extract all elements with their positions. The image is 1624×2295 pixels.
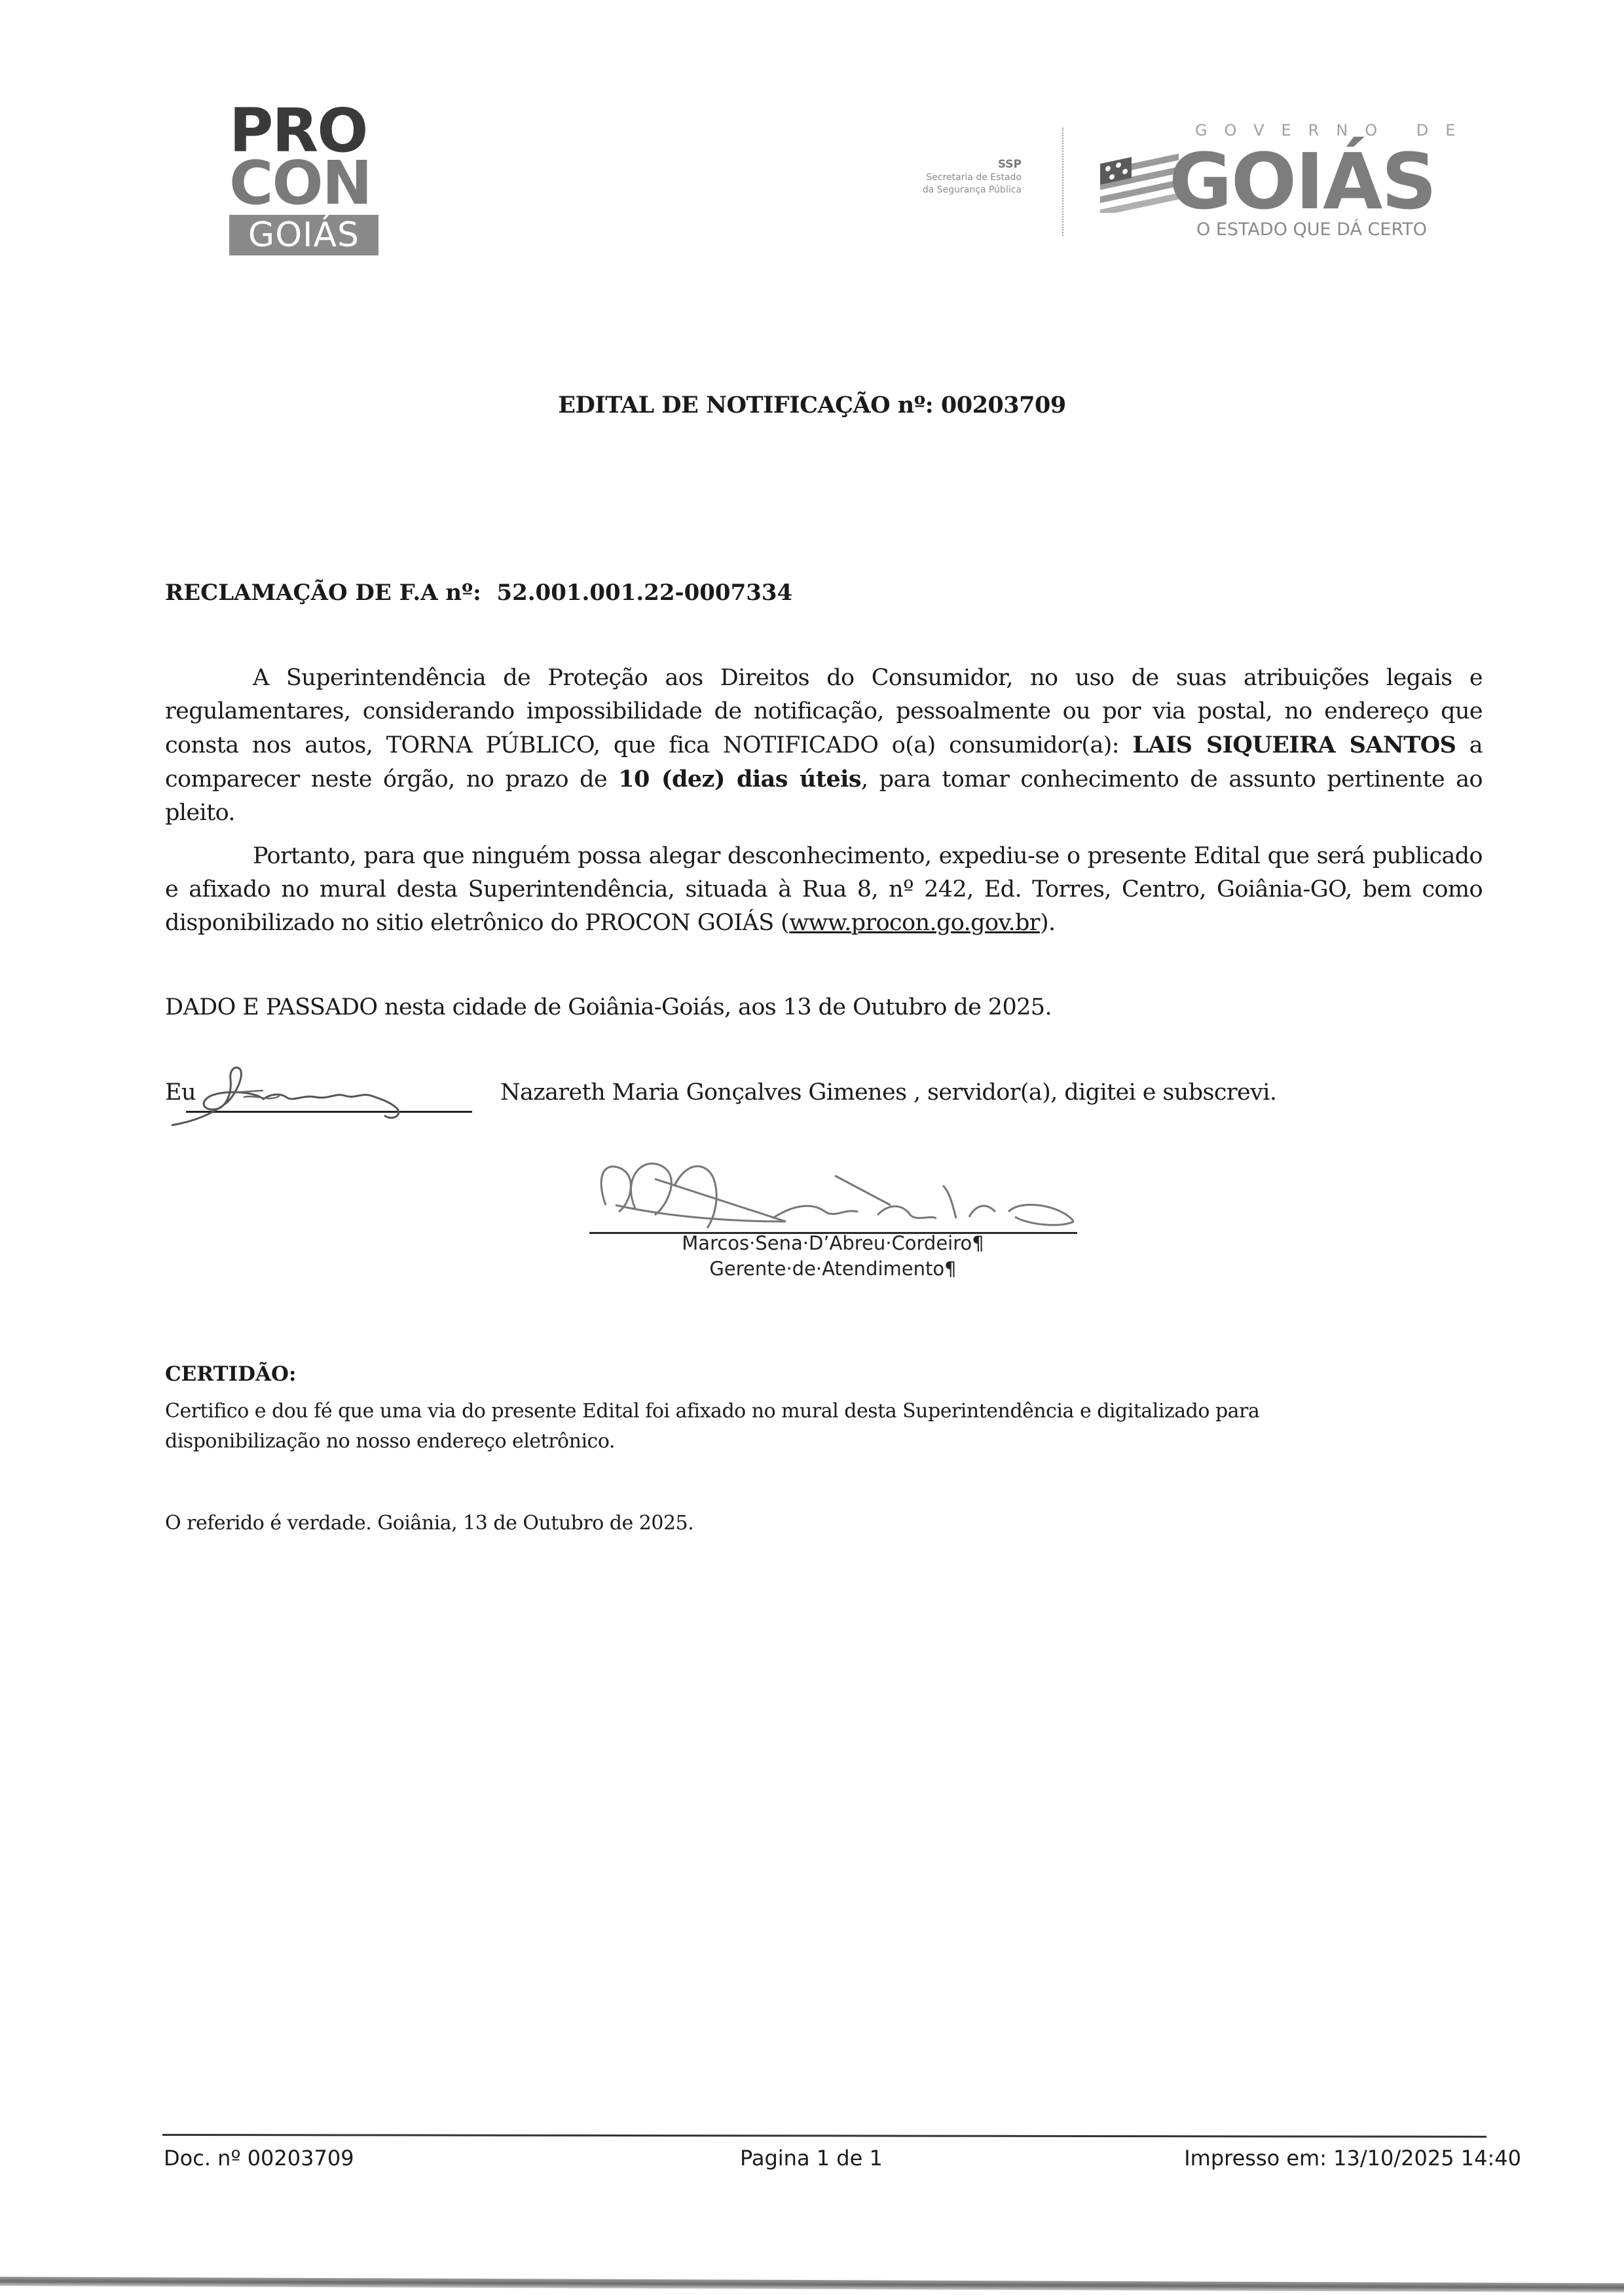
publication-paragraph: Portanto, para que ninguém possa alegar … (165, 840, 1483, 940)
footer-page-indicator: Pagina 1 de 1 (740, 2146, 883, 2171)
procon-website-link[interactable]: www.procon.go.gov.br (789, 910, 1040, 936)
flag-icon (1100, 151, 1179, 213)
writer-signature-icon (165, 1063, 453, 1129)
document-title: EDITAL DE NOTIFICAÇÃO nº: 00203709 (0, 392, 1624, 419)
certificate-title: CERTIDÃO: (165, 1362, 296, 1386)
manager-signature-block: Marcos·Sena·D’Abreu·Cordeiro¶ Gerente·de… (576, 1140, 1074, 1284)
gov-logo-name: GOIÁS (1169, 136, 1435, 227)
scan-bottom-edge (0, 2277, 1624, 2292)
paragraph2-suffix: ). (1040, 910, 1056, 936)
footer-doc-number: Doc. nº 00203709 (164, 2146, 354, 2171)
header-divider (1062, 128, 1063, 236)
claim-reference: RECLAMAÇÃO DE F.A nº: 52.001.001.22-0007… (165, 580, 792, 606)
governo-goias-logo: GOVERNO DE GOIÁS O ESTADO QUE DÁ CERTO (1100, 121, 1467, 252)
procon-goias-logo: PRO CON GOIÁS (229, 105, 380, 262)
claim-number: 52.001.001.22-0007334 (496, 580, 792, 606)
writer-signature-line: Eu Nazareth Maria Gonçalves Gimenes , se… (165, 1079, 1540, 1125)
footer-printed-at: Impresso em: 13/10/2025 14:40 (1184, 2146, 1521, 2171)
manager-name: Marcos·Sena·D’Abreu·Cordeiro¶ (584, 1232, 1082, 1254)
certificate-text: Certifico e dou fé que uma via do presen… (165, 1396, 1409, 1457)
procon-logo-goias-band: GOIÁS (229, 215, 378, 255)
manager-signature-icon (576, 1140, 1074, 1238)
procon-logo-con: CON (229, 157, 380, 210)
ssp-line-2: da Segurança Pública (864, 184, 1022, 196)
ssp-logo-text: SSP Secretaria de Estado da Segurança Pú… (864, 157, 1022, 196)
deadline: 10 (dez) dias úteis (618, 766, 861, 793)
given-and-passed-line: DADO E PASSADO nesta cidade de Goiânia-G… (165, 994, 1052, 1020)
ssp-acronym: SSP (864, 157, 1022, 172)
ssp-line-1: Secretaria de Estado (864, 172, 1022, 184)
notification-paragraph: A Superintendência de Proteção aos Direi… (165, 662, 1483, 830)
manager-role: Gerente·de·Atendimento¶ (584, 1258, 1082, 1280)
footer-divider (162, 2134, 1486, 2138)
certificate-closing: O referido é verdade. Goiânia, 13 de Out… (165, 1512, 693, 1535)
gov-logo-slogan: O ESTADO QUE DÁ CERTO (1196, 219, 1427, 240)
claim-label: RECLAMAÇÃO DE F.A nº: (165, 580, 481, 606)
consumer-name: LAIS SIQUEIRA SANTOS (1132, 732, 1456, 758)
writer-statement: Nazareth Maria Gonçalves Gimenes , servi… (500, 1079, 1276, 1106)
